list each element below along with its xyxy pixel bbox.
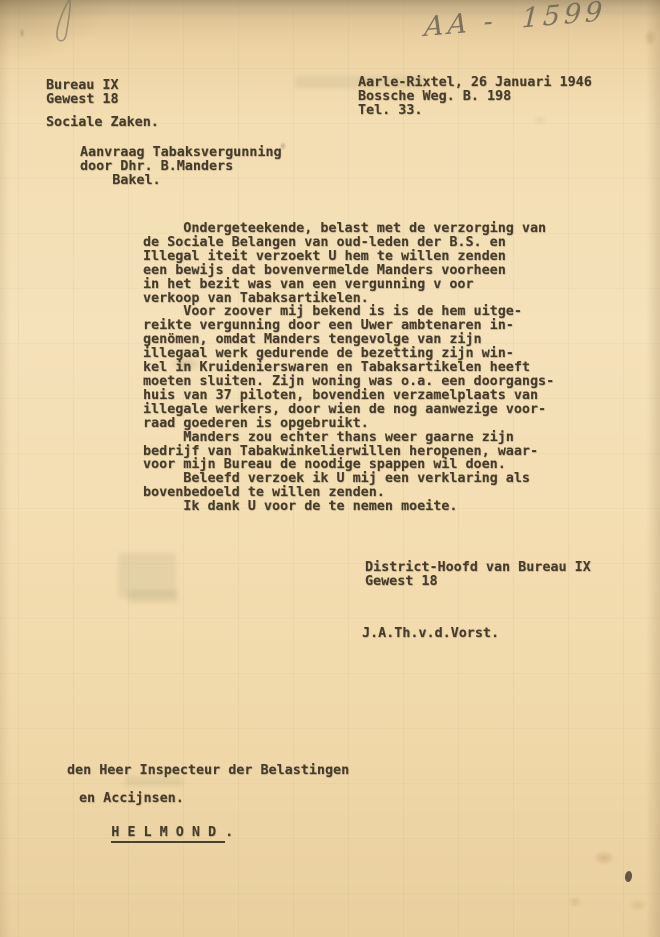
subject-line-1: Aanvraag Tabaksvergunning <box>80 146 282 160</box>
telephone-line: Tel. 33. <box>358 104 423 118</box>
letter-body: Ondergeteekende, belast met de verzorgin… <box>143 222 554 514</box>
letter-line: Illegal iteit verzoekt U hem te willen z… <box>143 250 554 264</box>
letter-line: illegaal werk gedurende de bezetting zij… <box>143 347 554 361</box>
letter-line: Ondergeteekende, belast met de verzorgin… <box>143 222 554 236</box>
date-line: Aarle-Rixtel, 26 Januari 1946 <box>358 76 592 90</box>
handwritten-reference: AA - 1599 <box>424 0 608 43</box>
sender-bureau: Bureau IX <box>46 79 119 93</box>
letter-line: huis van 37 piloten, bovendien verzamelp… <box>143 389 554 403</box>
letter-line: in het bezit was van een vergunning v oo… <box>143 278 554 292</box>
subject-line-3: Bakel. <box>80 174 161 188</box>
subject-line-2: door Dhr. B.Manders <box>80 160 233 174</box>
letter-line: kel in Kruidenierswaren en Tabaksartikel… <box>143 361 554 375</box>
signature-title-line-1: District-Hoofd van Bureau IX <box>365 561 591 575</box>
scanned-letter-page: AA - 1599 Bureau IX Gewest 18 Sociale Za… <box>0 0 660 937</box>
signature-title-line-2: Gewest 18 <box>365 575 438 589</box>
bleedthrough-smudge <box>128 590 178 603</box>
sender-department: Sociale Zaken. <box>46 116 159 130</box>
sender-gewest: Gewest 18 <box>46 93 119 107</box>
letter-line: raad goederen is opgebruikt. <box>143 417 554 431</box>
letter-line: Ik dank U voor de te nemen moeite. <box>143 500 554 514</box>
addressee-line-2: en Accijnsen. <box>79 792 184 806</box>
addressee-city-underlined: H E L M O N D <box>111 825 225 843</box>
letter-line: een bewijs dat bovenvermelde Manders voo… <box>143 264 554 278</box>
addressee-line-1: den Heer Inspecteur der Belastingen <box>67 764 349 778</box>
ink-dot <box>624 871 632 883</box>
letter-line: illegale werkers, door wien de nog aanwe… <box>143 403 554 417</box>
letter-line: moeten sluiten. Zijn woning was o.a. een… <box>143 375 554 389</box>
signature-name: J.A.Th.v.d.Vorst. <box>362 627 499 641</box>
street-line: Bossche Weg. B. 198 <box>358 90 511 104</box>
addressee-city-line: H E L M O N D. <box>79 812 233 854</box>
letter-line: Manders zou echter thans weer gaarne zij… <box>143 431 554 445</box>
letter-line: de Sociale Belangen van oud-leden der B.… <box>143 236 554 250</box>
addressee-city-period: . <box>225 825 233 840</box>
paperclip-mark <box>36 0 86 48</box>
